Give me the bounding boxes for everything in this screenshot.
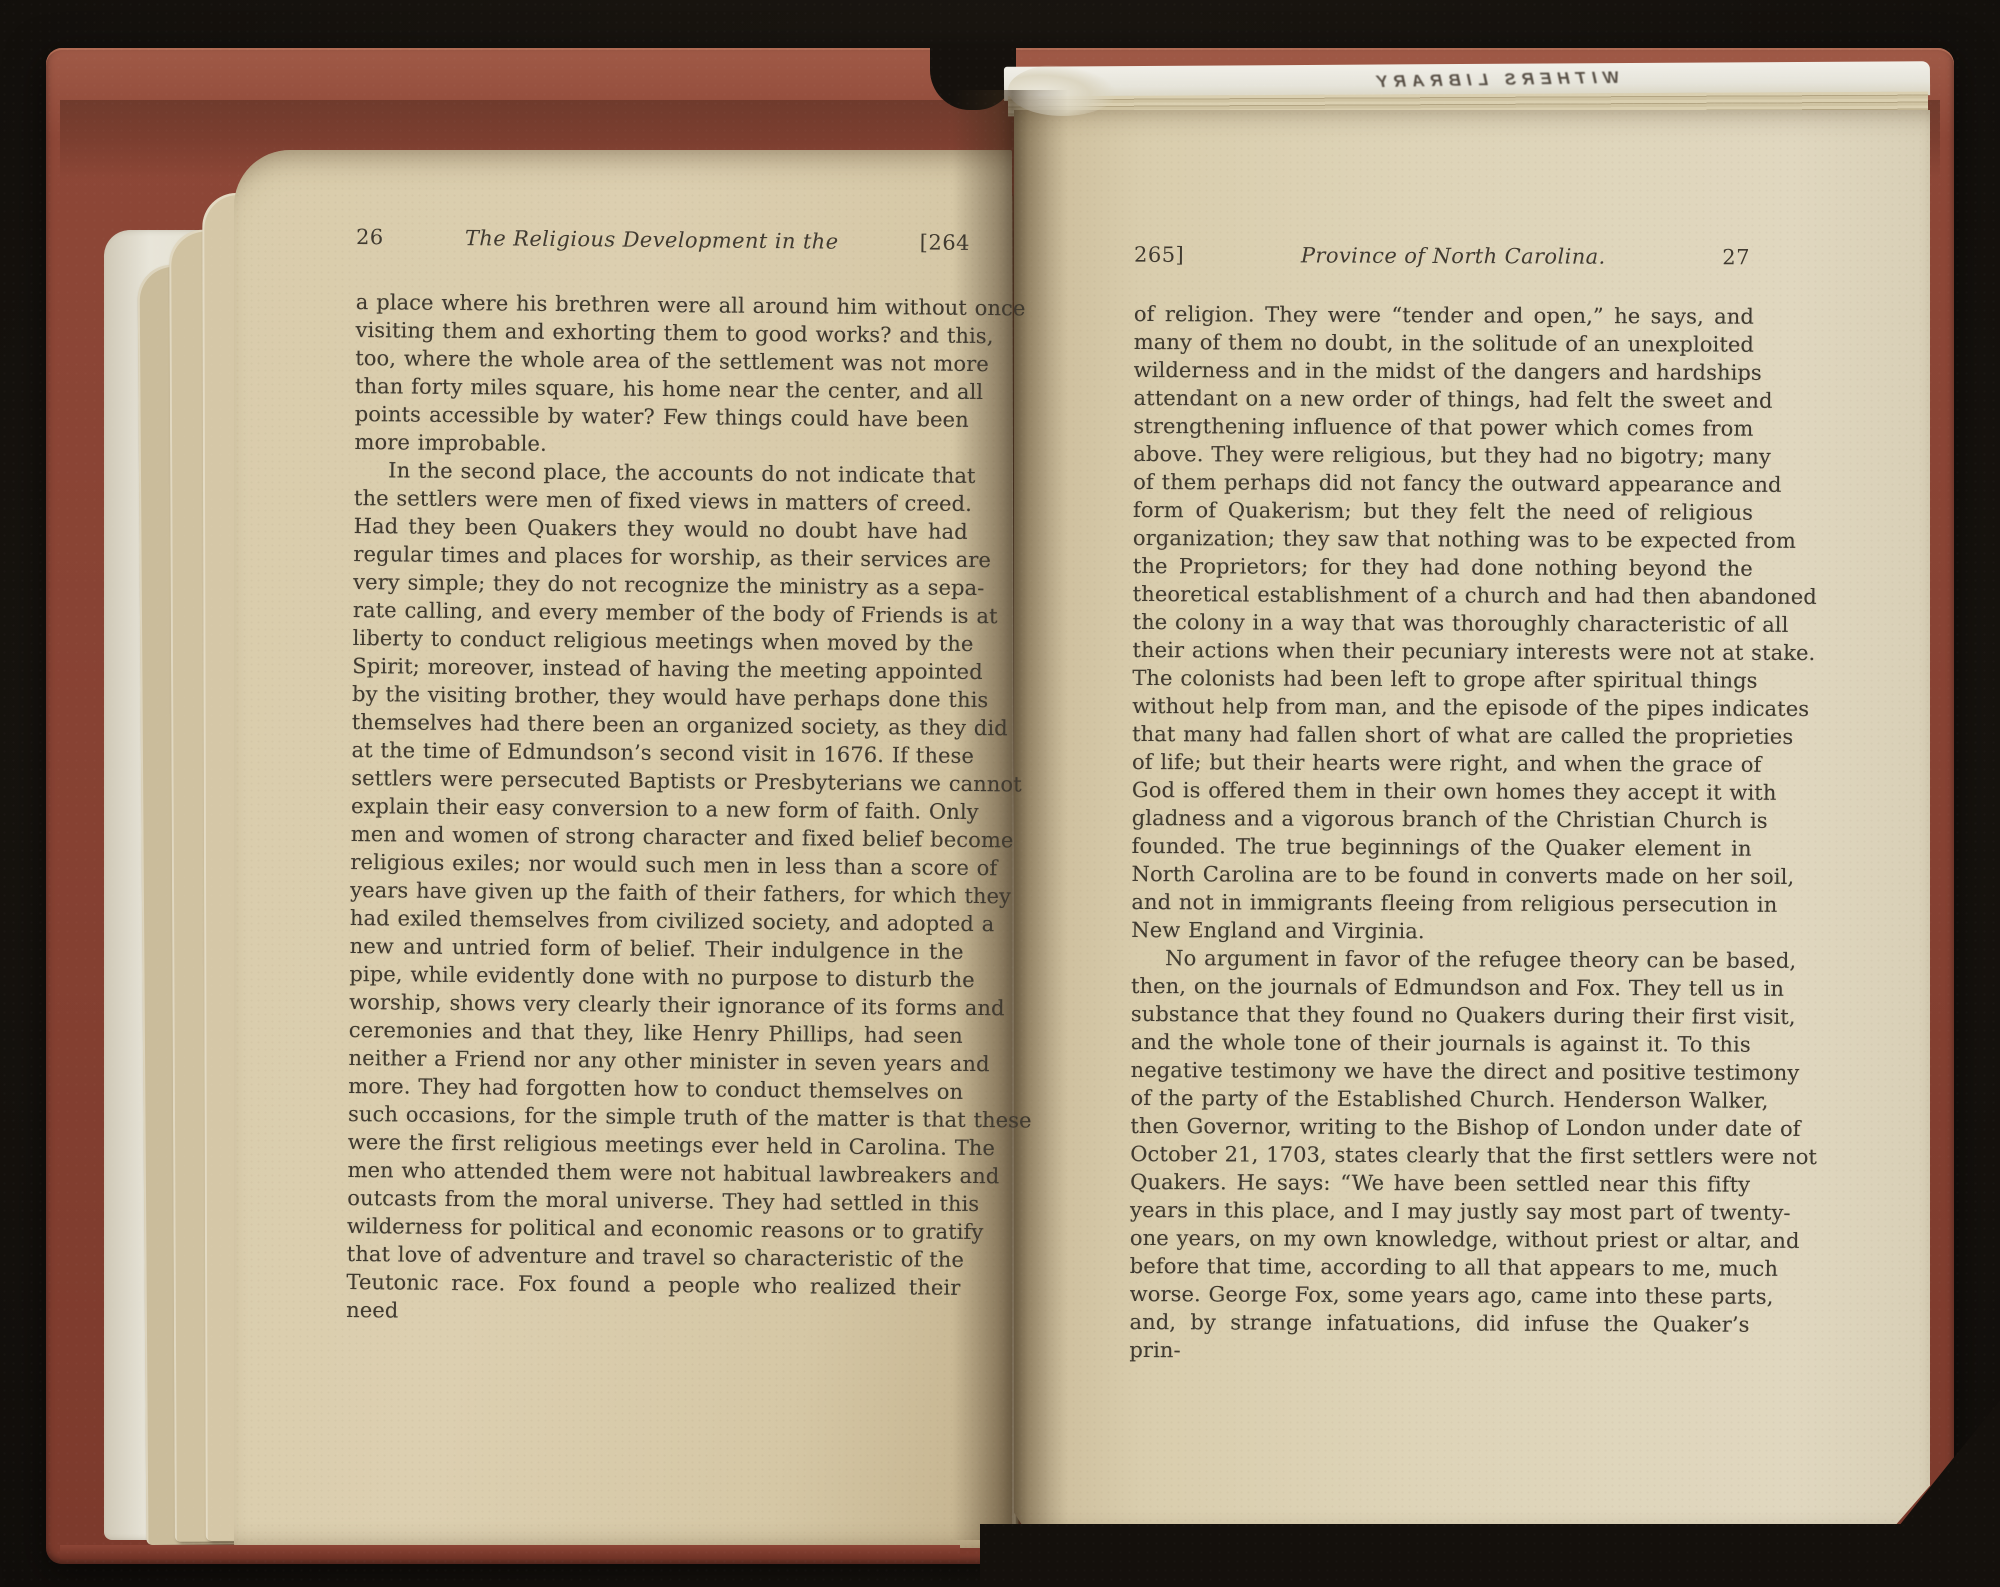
left-running-title: The Religious Development in the <box>465 226 839 254</box>
text-line: and the whole tone of their journals is … <box>1131 1028 1751 1059</box>
right-page-text: of religion. They were “tender and open,… <box>1129 300 1754 1339</box>
text-line: wilderness and in the midst of the dange… <box>1134 356 1754 387</box>
text-line: years in this place, and I may justly sa… <box>1130 1196 1750 1227</box>
text-line: and, by strange infatuations, did infuse… <box>1129 1308 1749 1339</box>
text-line: The colonists had been left to grope aft… <box>1132 664 1752 695</box>
text-line: before that time, according to all that … <box>1130 1252 1750 1283</box>
background-cutout <box>980 1524 2000 1587</box>
text-line: organization; they saw that nothing was … <box>1133 524 1753 555</box>
text-line: without help from man, and the episode o… <box>1132 692 1752 723</box>
text-line: of the party of the Established Church. … <box>1130 1084 1750 1115</box>
text-line: their actions when their pecuniary inter… <box>1132 636 1752 667</box>
page-curl <box>1008 64 1118 116</box>
text-line: of religion. They were “tender and open,… <box>1134 300 1754 331</box>
text-line: then, on the journals of Edmundson and F… <box>1131 972 1751 1003</box>
paragraph: In the second place, the accounts do not… <box>346 456 968 1302</box>
right-page-header: 265] Province of North Carolina. 27 <box>1134 243 1750 270</box>
text-line: the colony in a way that was thoroughly … <box>1133 608 1753 639</box>
paragraph: No argument in favor of the refugee theo… <box>1129 944 1751 1339</box>
text-line: then Governor, writing to the Bishop of … <box>1130 1112 1750 1143</box>
left-page-number: 26 <box>356 225 384 249</box>
text-line: the Proprietors; for they had done nothi… <box>1133 552 1753 583</box>
cover-bottom-edge <box>60 1545 960 1559</box>
text-line: theoretical establishment of a church an… <box>1133 580 1753 611</box>
paragraph: a place where his brethren were all arou… <box>354 288 970 462</box>
text-line: form of Quakerism; but they felt the nee… <box>1133 496 1753 527</box>
text-line: strengthening influence of that power wh… <box>1133 412 1753 443</box>
text-line: October 21, 1703, states clearly that th… <box>1130 1140 1750 1171</box>
text-line: Quakers. He says: “We have been settled … <box>1130 1168 1750 1199</box>
text-line: one years, on my own knowledge, without … <box>1130 1224 1750 1255</box>
book-photo-scene: WITHERS LIBRARY 26 The Religious Develop… <box>0 0 2000 1587</box>
text-line: founded. The true beginnings of the Quak… <box>1132 832 1752 863</box>
text-line: North Carolina are to be found in conver… <box>1131 860 1751 891</box>
text-line: attendant on a new order of things, had … <box>1134 384 1754 415</box>
text-line: of life; but their hearts were right, an… <box>1132 748 1752 779</box>
text-line: of them perhaps did not fancy the outwar… <box>1133 468 1753 499</box>
right-bracket-number: 265] <box>1134 243 1184 267</box>
text-line: gladness and a vigorous branch of the Ch… <box>1132 804 1752 835</box>
paragraph: of religion. They were “tender and open,… <box>1131 300 1754 947</box>
text-line: No argument in favor of the refugee theo… <box>1131 944 1751 975</box>
text-line: above. They were religious, but they had… <box>1133 440 1753 471</box>
text-line: substance that they found no Quakers dur… <box>1131 1000 1751 1031</box>
text-line: and not in immigrants fleeing from relig… <box>1131 888 1751 919</box>
text-line: New England and Virginia. <box>1131 916 1751 947</box>
text-line: many of them no doubt, in the solitude o… <box>1134 328 1754 359</box>
text-line: negative testimony we have the direct an… <box>1131 1056 1751 1087</box>
text-line: Teutonic race. Fox found a people who re… <box>346 1268 960 1302</box>
text-line: that many had fallen short of what are c… <box>1132 720 1752 751</box>
right-running-title: Province of North Carolina. <box>1301 243 1606 268</box>
left-page-text: a place where his brethren were all arou… <box>346 288 970 1302</box>
fore-edge-stamp: WITHERS LIBRARY <box>1330 63 1660 97</box>
text-line: worse. George Fox, some years ago, came … <box>1130 1280 1750 1311</box>
right-page-number: 27 <box>1722 245 1750 269</box>
text-line: God is offered them in their own homes t… <box>1132 776 1752 807</box>
left-bracket-number: [264 <box>920 230 971 254</box>
